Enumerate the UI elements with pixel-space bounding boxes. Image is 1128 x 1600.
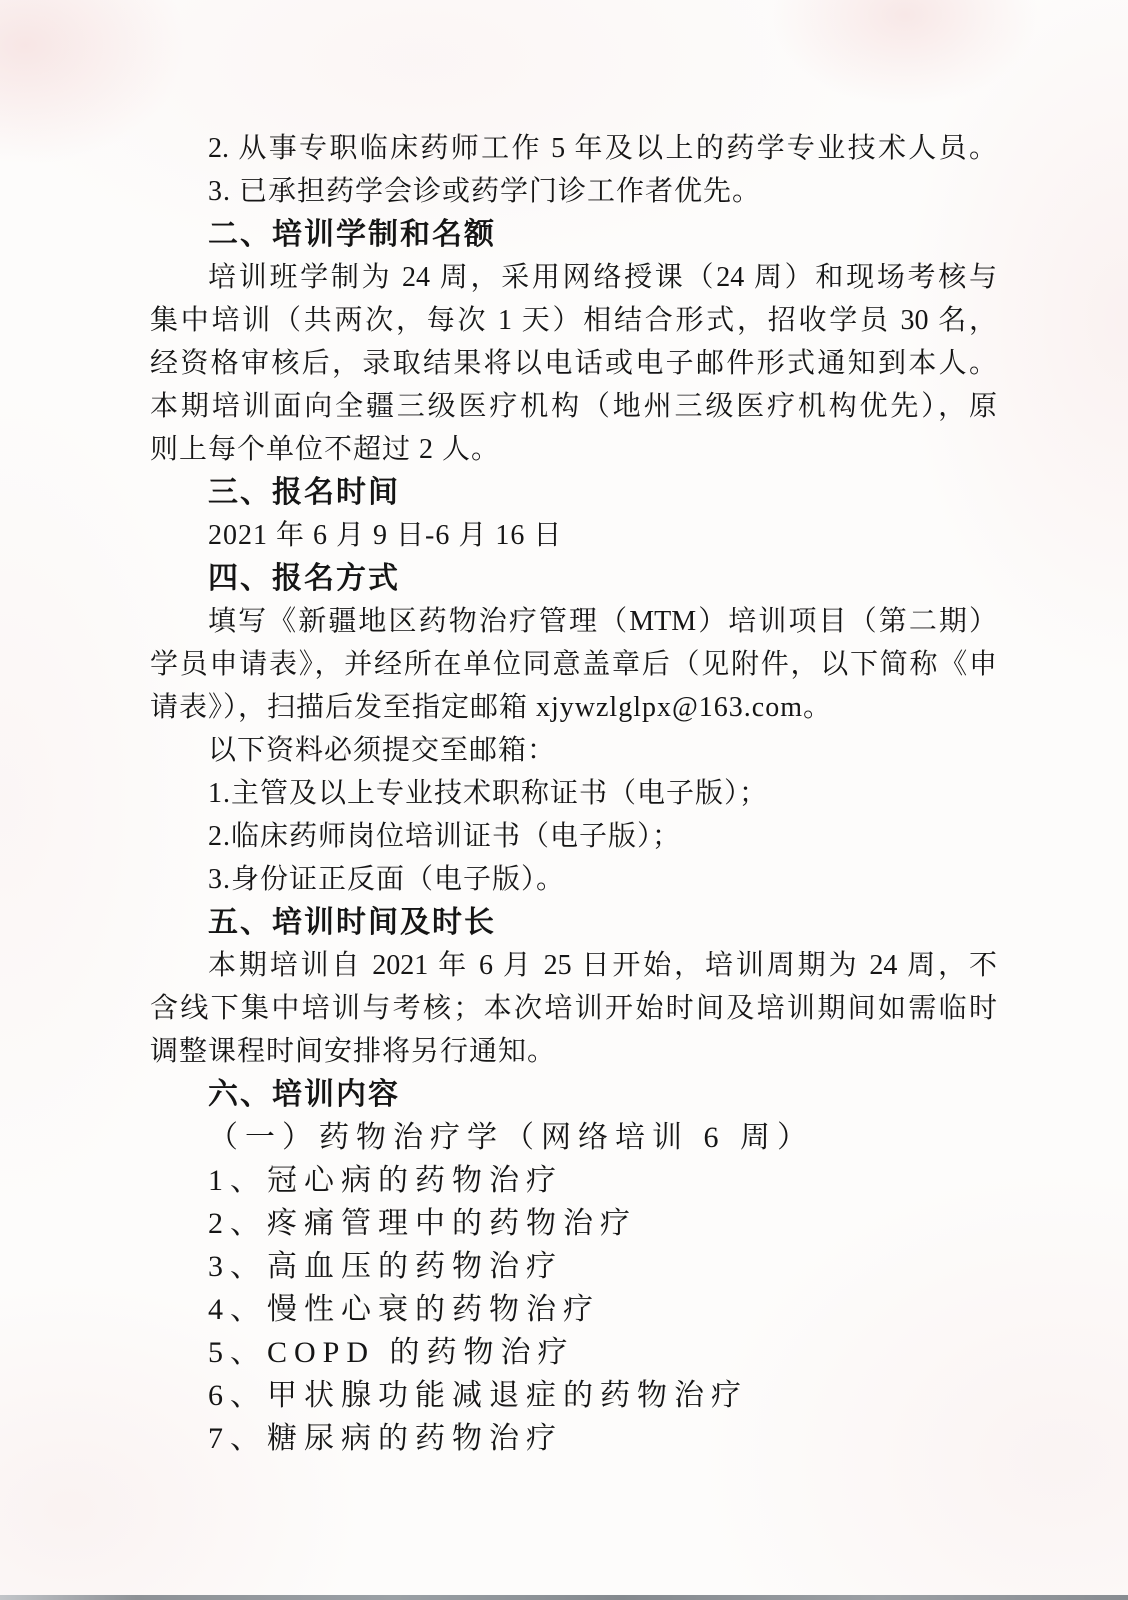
required-document-item: 1.主管及以上专业技术职称证书（电子版）； [150,772,997,815]
section-heading-registration-method: 四、报名方式 [150,557,997,600]
body-line: 含线下集中培训与考核；本次培训开始时间及培训期间如需临时 [150,987,997,1030]
body-line: 调整课程时间安排将另行通知。 [150,1030,997,1073]
required-document-item: 2.临床药师岗位培训证书（电子版）； [150,815,997,858]
body-line: 以下资料必须提交至邮箱： [150,729,997,772]
scanned-document-page: 2. 从事专职临床药师工作 5 年及以上的药学专业技术人员。 3. 已承担药学会… [0,0,1128,1600]
section-heading-training-duration: 五、培训时间及时长 [150,901,997,944]
course-item: 4、慢性心衰的药物治疗 [150,1288,997,1331]
scan-bottom-edge [0,1595,1128,1600]
section-heading-registration-time: 三、报名时间 [150,471,997,514]
registration-date-line: 2021 年 6 月 9 日-6 月 16 日 [150,514,997,557]
section-heading-training-system: 二、培训学制和名额 [150,213,997,256]
body-line: 填写《新疆地区药物治疗管理（MTM）培训项目（第二期） [150,600,997,643]
body-line: 学员申请表》，并经所在单位同意盖章后（见附件，以下简称《申 [150,643,997,686]
eligibility-item: 3. 已承担药学会诊或药学门诊工作者优先。 [150,170,997,213]
course-item: 3、高血压的药物治疗 [150,1245,997,1288]
course-item: 6、甲状腺功能减退症的药物治疗 [150,1374,997,1417]
email-line: 请表》），扫描后发至指定邮箱 xjywzlglpx@163.com。 [150,686,997,729]
body-line: 集中培训（共两次，每次 1 天）相结合形式，招收学员 30 名， [150,299,997,342]
body-line: 本期培训自 2021 年 6 月 25 日开始，培训周期为 24 周，不 [150,944,997,987]
body-line: 则上每个单位不超过 2 人。 [150,428,997,471]
section-heading-training-content: 六、培训内容 [150,1073,997,1116]
required-document-item: 3.身份证正反面（电子版）。 [150,858,997,901]
course-item: 5、COPD 的药物治疗 [150,1331,997,1374]
body-line: 本期培训面向全疆三级医疗机构（地州三级医疗机构优先），原 [150,385,997,428]
subsection-heading-pharmacotherapy: （一）药物治疗学（网络培训 6 周） [150,1116,997,1159]
course-item: 2、疼痛管理中的药物治疗 [150,1202,997,1245]
document-content: 2. 从事专职临床药师工作 5 年及以上的药学专业技术人员。 3. 已承担药学会… [150,127,997,1460]
body-line: 经资格审核后，录取结果将以电话或电子邮件形式通知到本人。 [150,342,997,385]
body-line: 培训班学制为 24 周，采用网络授课（24 周）和现场考核与 [150,256,997,299]
eligibility-item: 2. 从事专职临床药师工作 5 年及以上的药学专业技术人员。 [150,127,997,170]
course-item: 7、糖尿病的药物治疗 [150,1417,997,1460]
course-item: 1、冠心病的药物治疗 [150,1159,997,1202]
